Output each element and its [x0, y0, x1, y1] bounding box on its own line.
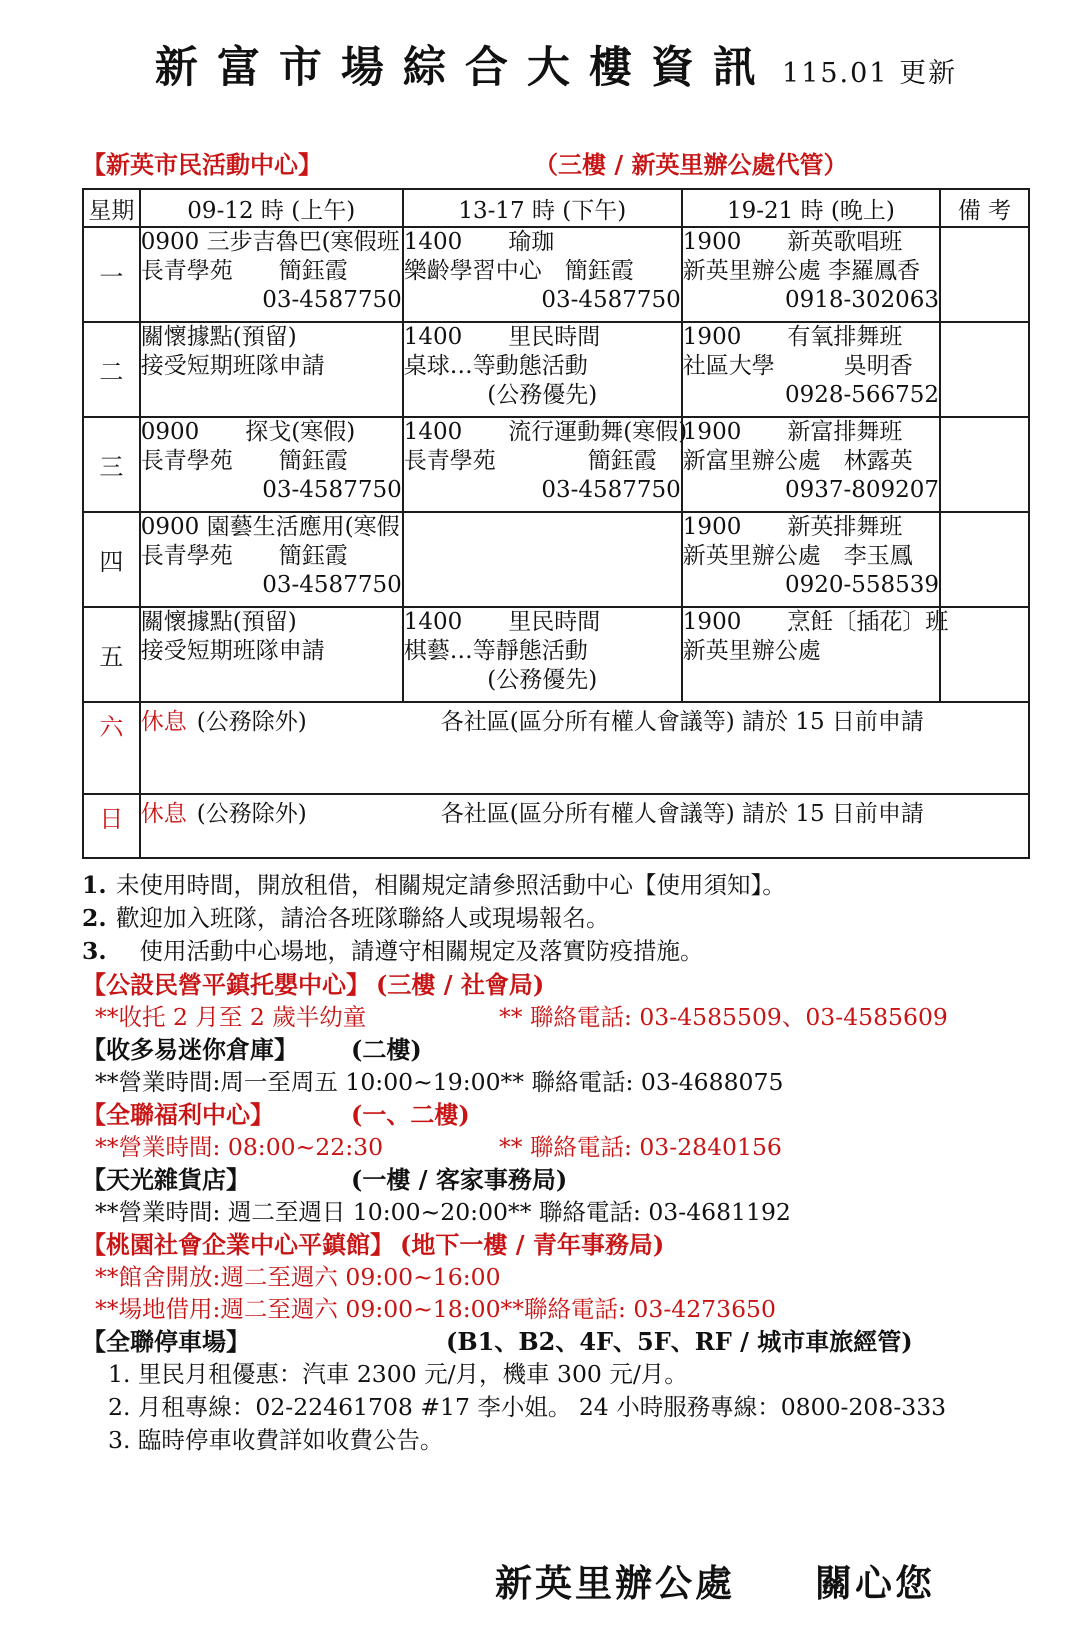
schedule-cell	[940, 607, 1029, 702]
facility-section: 【公設民營平鎮托嬰中心】(三樓 / 社會局)**收托 2 月至 2 歲半幼童**…	[82, 968, 1030, 1033]
note-number: 1.	[82, 869, 116, 902]
schedule-line: 接受短期班隊申請	[141, 637, 402, 666]
facility-location: (B1、B2、4F、5F、RF / 城市車旅經管)	[440, 1327, 913, 1356]
facility-heading: 【桃園社會企業中心平鎮館】(地下一樓 / 青年事務局)	[82, 1228, 1030, 1261]
weekend-merged-cell: 休息(公務除外)各社區(區分所有權人會議等) 請於 15 日前申請	[140, 794, 1029, 858]
schedule-line: 0920-558539	[683, 571, 939, 600]
facility-detail-line: **場地借用:週二至週六 09:00~18:00**聯絡電話: 03-42736…	[82, 1293, 1030, 1325]
schedule-line: 新富里辦公處 林露英	[683, 447, 939, 476]
facility-detail-line: **營業時間: 週二至週日 10:00~20:00** 聯絡電話: 03-468…	[82, 1196, 1030, 1228]
column-header: 19-21 時 (晚上)	[682, 189, 940, 227]
schedule-line: 1900 新英排舞班	[683, 513, 939, 542]
activity-center-name: 【新英市民活動中心】	[82, 145, 322, 180]
note-text: 歡迎加入班隊，請洽各班隊聯絡人或現場報名。	[116, 902, 610, 935]
facility-name: 【公設民營平鎮托嬰中心】	[82, 968, 370, 1001]
facility-location: (一、二樓)	[345, 1100, 470, 1129]
note-text: 使用活動中心場地，請遵守相關規定及落實防疫措施。	[116, 935, 704, 968]
facility-list-item: 1. 里民月租優惠：汽車 2300 元/月，機車 300 元/月。	[82, 1358, 1030, 1391]
column-header: 備 考	[940, 189, 1029, 227]
schedule-cell: 0900 探戈(寒假)長青學苑 簡鈺霞03-4587750	[140, 417, 403, 512]
schedule-cell: 1900 新富排舞班新富里辦公處 林露英0937-809207	[682, 417, 940, 512]
day-label: 三	[83, 417, 140, 512]
facility-detail-line: **收托 2 月至 2 歲半幼童** 聯絡電話: 03-4585509、03-4…	[82, 1001, 1030, 1033]
facilities-list: 【公設民營平鎮托嬰中心】(三樓 / 社會局)**收托 2 月至 2 歲半幼童**…	[82, 968, 1030, 1457]
rest-group: 休息(公務除外)	[141, 795, 441, 828]
column-header: 09-12 時 (上午)	[140, 189, 403, 227]
footer-text: 新英里辦公處 關心您	[495, 1561, 935, 1605]
activity-center-location: （三樓 / 新英里辦公處代管）	[534, 145, 847, 180]
schedule-cell: 1400 里民時間桌球…等動態活動(公務優先)	[403, 322, 682, 417]
facility-name: 【天光雜貨店】	[82, 1163, 345, 1196]
schedule-cell: 1900 有氧排舞班社區大學 吳明香0928-566752	[682, 322, 940, 417]
schedule-cell: 1900 新英歌唱班新英里辦公處 李羅鳳香0918-302063	[682, 227, 940, 322]
note-number: 3.	[82, 935, 116, 968]
schedule-line: 03-4587750	[404, 286, 681, 315]
facility-heading: 【公設民營平鎮托嬰中心】(三樓 / 社會局)	[82, 968, 1030, 1001]
note-item: 1.未使用時間，開放租借，相關規定請參照活動中心【使用須知】。	[82, 869, 1030, 902]
facility-section: 【桃園社會企業中心平鎮館】(地下一樓 / 青年事務局)**館舍開放:週二至週六 …	[82, 1228, 1030, 1325]
schedule-cell	[403, 512, 682, 607]
day-label: 二	[83, 322, 140, 417]
rest-label: 休息	[141, 801, 187, 827]
schedule-cell: 1900 烹飪〔插花〕班新英里辦公處	[682, 607, 940, 702]
facility-detail-right: ** 聯絡電話: 03-2840156	[499, 1133, 782, 1161]
schedule-line: 1400 里民時間	[404, 608, 681, 637]
schedule-row: 二關懷據點(預留)接受短期班隊申請1400 里民時間桌球…等動態活動(公務優先)…	[83, 322, 1029, 417]
facility-name: 【收多易迷你倉庫】	[82, 1033, 345, 1066]
facility-section: 【收多易迷你倉庫】(二樓)**營業時間:周一至周五 10:00~19:00** …	[82, 1033, 1030, 1098]
facility-list-item: 3. 臨時停車收費詳如收費公告。	[82, 1424, 1030, 1457]
facility-heading: 【全聯停車場】(B1、B2、4F、5F、RF / 城市車旅經管)	[82, 1325, 1030, 1358]
schedule-cell: 關懷據點(預留)接受短期班隊申請	[140, 607, 403, 702]
schedule-header-row: 星期09-12 時 (上午)13-17 時 (下午)19-21 時 (晚上)備 …	[83, 189, 1029, 227]
day-label: 五	[83, 607, 140, 702]
facility-location: (二樓)	[345, 1035, 422, 1064]
note-item: 3. 使用活動中心場地，請遵守相關規定及落實防疫措施。	[82, 935, 1030, 968]
footer: 新英里辦公處 關心您	[495, 1553, 935, 1607]
activity-center-heading: 【新英市民活動中心】 （三樓 / 新英里辦公處代管）	[82, 145, 1030, 180]
day-label: 一	[83, 227, 140, 322]
facility-section: 【全聯福利中心】(一、二樓)**營業時間: 08:00~22:30** 聯絡電話…	[82, 1098, 1030, 1163]
schedule-line: 0937-809207	[683, 476, 939, 505]
schedule-cell: 0900 三步吉魯巴(寒假班長青學苑 簡鈺霞03-4587750	[140, 227, 403, 322]
weekend-line: 休息(公務除外)各社區(區分所有權人會議等) 請於 15 日前申請	[141, 703, 1028, 736]
schedule-line: 新英里辦公處 李玉鳳	[683, 542, 939, 571]
facility-name: 【全聯停車場】	[82, 1325, 440, 1358]
facility-detail-right: **聯絡電話: 03-4273650	[501, 1295, 776, 1323]
note-number: 2.	[82, 902, 116, 935]
facility-detail-right: ** 聯絡電話: 03-4688075	[501, 1068, 784, 1096]
schedule-line: 1400 瑜珈	[404, 228, 681, 257]
facility-heading: 【全聯福利中心】(一、二樓)	[82, 1098, 1030, 1131]
day-label: 四	[83, 512, 140, 607]
facility-detail-line: **館舍開放:週二至週六 09:00~16:00	[82, 1261, 1030, 1293]
schedule-line: 新英里辦公處	[683, 637, 939, 666]
schedule-line: 03-4587750	[141, 571, 402, 600]
schedule-line: 桌球…等動態活動	[404, 352, 681, 381]
schedule-cell: 1400 流行運動舞(寒假)長青學苑 簡鈺霞03-4587750	[403, 417, 682, 512]
schedule-line: 1900 新富排舞班	[683, 418, 939, 447]
schedule-row-weekend: 六休息(公務除外)各社區(區分所有權人會議等) 請於 15 日前申請	[83, 702, 1029, 794]
schedule-line: 長青學苑 簡鈺霞	[141, 542, 402, 571]
schedule-line: 1900 有氧排舞班	[683, 323, 939, 352]
schedule-cell: 1900 新英排舞班新英里辦公處 李玉鳳0920-558539	[682, 512, 940, 607]
weekend-detail: 各社區(區分所有權人會議等) 請於 15 日前申請	[441, 801, 924, 827]
note-text: 未使用時間，開放租借，相關規定請參照活動中心【使用須知】。	[116, 869, 786, 902]
schedule-line: 關懷據點(預留)	[141, 323, 402, 352]
schedule-cell: 1400 瑜珈樂齡學習中心 簡鈺霞03-4587750	[403, 227, 682, 322]
rest-group: 休息(公務除外)	[141, 703, 441, 736]
schedule-line: 0918-302063	[683, 286, 939, 315]
notes-list: 1.未使用時間，開放租借，相關規定請參照活動中心【使用須知】。2.歡迎加入班隊，…	[82, 869, 1030, 968]
facility-detail-left: **營業時間: 週二至週日 10:00~20:00	[95, 1196, 508, 1228]
facility-detail-right: ** 聯絡電話: 03-4585509、03-4585609	[499, 1003, 948, 1031]
document-page: 新富市場綜合大樓資訊 115.01 更新 【新英市民活動中心】 （三樓 / 新英…	[0, 0, 1080, 1633]
schedule-line: 03-4587750	[404, 476, 681, 505]
schedule-line: 0928-566752	[683, 381, 939, 410]
facility-list-item: 2. 月租專線：02-22461708 #17 李小姐。 24 小時服務專線：0…	[82, 1391, 1030, 1424]
rest-label: 休息	[141, 709, 187, 735]
schedule-line: 長青學苑 簡鈺霞	[141, 447, 402, 476]
facility-detail-left: **收托 2 月至 2 歲半幼童	[95, 1001, 499, 1033]
schedule-line: 03-4587750	[141, 286, 402, 315]
update-version-label: 115.01 更新	[782, 58, 957, 89]
schedule-line: 長青學苑 簡鈺霞	[141, 257, 402, 286]
schedule-cell	[940, 512, 1029, 607]
schedule-line: 棋藝…等靜態活動	[404, 637, 681, 666]
schedule-line: 社區大學 吳明香	[683, 352, 939, 381]
schedule-cell	[940, 417, 1029, 512]
facility-name: 【全聯福利中心】	[82, 1098, 345, 1131]
rest-suffix: (公務除外)	[197, 709, 307, 735]
schedule-cell	[940, 227, 1029, 322]
schedule-line: 1400 里民時間	[404, 323, 681, 352]
schedule-line: (公務優先)	[404, 666, 681, 695]
schedule-line: 0900 探戈(寒假)	[141, 418, 402, 447]
facility-name: 【桃園社會企業中心平鎮館】	[82, 1228, 394, 1261]
schedule-line: 1900 新英歌唱班	[683, 228, 939, 257]
day-label: 六	[83, 702, 140, 794]
doc-header: 新富市場綜合大樓資訊 115.01 更新	[82, 34, 1030, 95]
facility-section: 【全聯停車場】(B1、B2、4F、5F、RF / 城市車旅經管)1. 里民月租優…	[82, 1325, 1030, 1457]
facility-heading: 【收多易迷你倉庫】(二樓)	[82, 1033, 1030, 1066]
facility-location: (三樓 / 社會局)	[370, 970, 544, 999]
schedule-row: 一0900 三步吉魯巴(寒假班長青學苑 簡鈺霞03-45877501400 瑜珈…	[83, 227, 1029, 322]
rest-suffix: (公務除外)	[197, 801, 307, 827]
schedule-cell: 0900 園藝生活應用(寒假長青學苑 簡鈺霞03-4587750	[140, 512, 403, 607]
weekend-detail: 各社區(區分所有權人會議等) 請於 15 日前申請	[441, 709, 924, 735]
schedule-cell: 關懷據點(預留)接受短期班隊申請	[140, 322, 403, 417]
facility-section: 【天光雜貨店】(一樓 / 客家事務局)**營業時間: 週二至週日 10:00~2…	[82, 1163, 1030, 1228]
schedule-line: 1900 烹飪〔插花〕班	[683, 608, 939, 637]
facility-detail-right: ** 聯絡電話: 03-4681192	[508, 1198, 791, 1226]
schedule-row: 三0900 探戈(寒假)長青學苑 簡鈺霞03-45877501400 流行運動舞…	[83, 417, 1029, 512]
facility-detail-left: **營業時間: 08:00~22:30	[95, 1131, 499, 1163]
schedule-line: 樂齡學習中心 簡鈺霞	[404, 257, 681, 286]
schedule-row-weekend: 日休息(公務除外)各社區(區分所有權人會議等) 請於 15 日前申請	[83, 794, 1029, 858]
column-header: 13-17 時 (下午)	[403, 189, 682, 227]
schedule-line: 關懷據點(預留)	[141, 608, 402, 637]
facility-detail-line: **營業時間: 08:00~22:30** 聯絡電話: 03-2840156	[82, 1131, 1030, 1163]
schedule-table: 星期09-12 時 (上午)13-17 時 (下午)19-21 時 (晚上)備 …	[82, 188, 1030, 859]
schedule-line: 接受短期班隊申請	[141, 352, 402, 381]
note-item: 2.歡迎加入班隊，請洽各班隊聯絡人或現場報名。	[82, 902, 1030, 935]
schedule-row: 五關懷據點(預留)接受短期班隊申請1400 里民時間棋藝…等靜態活動(公務優先)…	[83, 607, 1029, 702]
facility-heading: 【天光雜貨店】(一樓 / 客家事務局)	[82, 1163, 1030, 1196]
schedule-cell: 1400 里民時間棋藝…等靜態活動(公務優先)	[403, 607, 682, 702]
day-label: 日	[83, 794, 140, 858]
schedule-line: 新英里辦公處 李羅鳳香	[683, 257, 939, 286]
facility-detail-left: **館舍開放:週二至週六 09:00~16:00	[95, 1261, 501, 1293]
facility-detail-left: **營業時間:周一至周五 10:00~19:00	[95, 1066, 501, 1098]
weekend-line: 休息(公務除外)各社區(區分所有權人會議等) 請於 15 日前申請	[141, 795, 1028, 828]
page-title: 新富市場綜合大樓資訊	[155, 43, 775, 93]
facility-location: (地下一樓 / 青年事務局)	[394, 1230, 664, 1259]
facility-location: (一樓 / 客家事務局)	[345, 1165, 567, 1194]
schedule-line: 03-4587750	[141, 476, 402, 505]
facility-detail-line: **營業時間:周一至周五 10:00~19:00** 聯絡電話: 03-4688…	[82, 1066, 1030, 1098]
column-header: 星期	[83, 189, 140, 227]
facility-detail-left: **場地借用:週二至週六 09:00~18:00	[95, 1293, 501, 1325]
schedule-line: 0900 園藝生活應用(寒假	[141, 513, 402, 542]
schedule-line: (公務優先)	[404, 381, 681, 410]
schedule-cell	[940, 322, 1029, 417]
schedule-line: 長青學苑 簡鈺霞	[404, 447, 681, 476]
schedule-line: 0900 三步吉魯巴(寒假班	[141, 228, 402, 257]
weekend-merged-cell: 休息(公務除外)各社區(區分所有權人會議等) 請於 15 日前申請	[140, 702, 1029, 794]
schedule-line: 1400 流行運動舞(寒假)	[404, 418, 681, 447]
schedule-row: 四0900 園藝生活應用(寒假長青學苑 簡鈺霞03-45877501900 新英…	[83, 512, 1029, 607]
